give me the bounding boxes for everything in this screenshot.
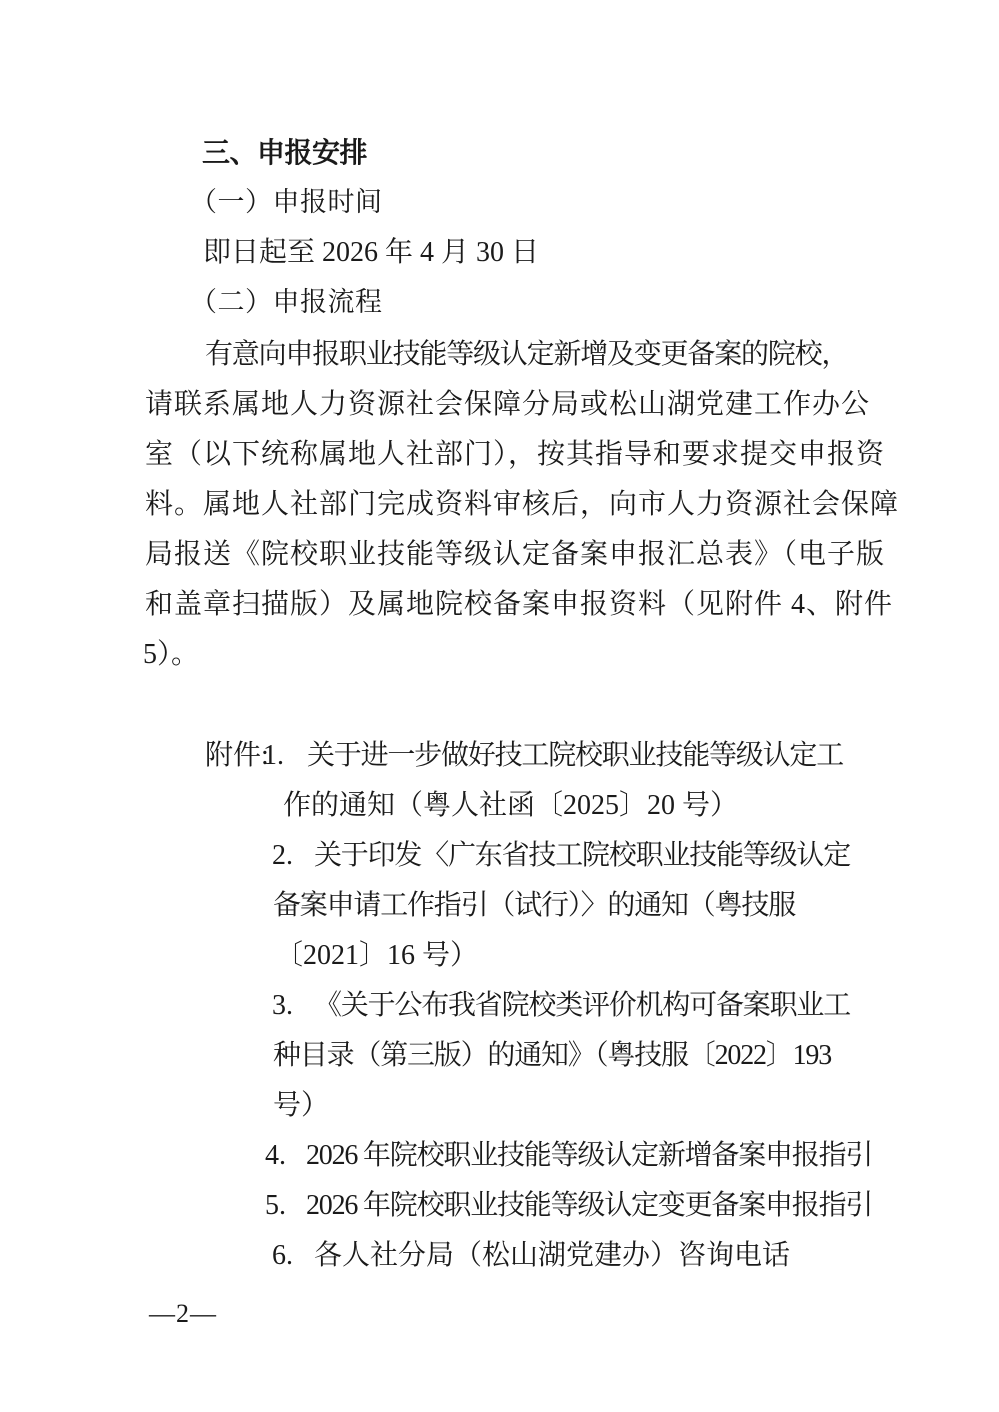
attachment-item-text: 关于进一步做好技工院校职业技能等级认定工 — [307, 740, 843, 771]
attachment-item-text: 关于印发〈广东省技工院校职业技能等级认定 — [314, 840, 850, 871]
attachment-line: 1.关于进一步做好技工院校职业技能等级认定工 — [263, 742, 843, 770]
attachment-line: 备案申请工作指引（试行）〉的通知（粤技服 — [273, 892, 795, 920]
subsection-heading-1: （一）申报时间 — [190, 189, 383, 216]
attachment-item-text: 2026 年院校职业技能等级认定变更备案申报指引 — [306, 1190, 872, 1221]
attachment-line: 号） — [273, 1092, 329, 1120]
date-line: 即日起至 2026 年 4 月 30 日 — [203, 239, 539, 267]
attachment-line: 6.各人社分局（松山湖党建办）咨询电话 — [272, 1242, 790, 1270]
attachment-item-number: 1. — [263, 742, 307, 770]
attachment-line: 〔2021〕16 号） — [275, 942, 478, 970]
attachment-item-number: 2. — [272, 842, 314, 870]
paragraph-line: 有意向申报职业技能等级认定新增及变更备案的院校， — [205, 341, 848, 369]
attachment-line: 5.2026 年院校职业技能等级认定变更备案申报指引 — [265, 1192, 872, 1220]
attachment-item-text: 《关于公布我省院校类评价机构可备案职业工 — [314, 990, 850, 1021]
attachment-item-number: 5. — [265, 1192, 306, 1220]
attachment-item-number: 3. — [272, 992, 314, 1020]
paragraph-line: 局报送《院校职业技能等级认定备案申报汇总表》（电子版 — [145, 541, 885, 569]
attachment-item-number: 4. — [265, 1142, 306, 1170]
paragraph-line: 请联系属地人力资源社会保障分局或松山湖党建工作办公 — [145, 391, 870, 419]
attachment-item-number: 6. — [272, 1242, 314, 1270]
attachment-line: 作的通知（粤人社函〔2025〕20 号） — [283, 792, 738, 820]
attachments-label: 附件: — [205, 742, 269, 770]
document-page: 三、申报安排 （一）申报时间 即日起至 2026 年 4 月 30 日 （二）申… — [0, 0, 999, 1412]
attachment-line: 3.《关于公布我省院校类评价机构可备案职业工 — [272, 992, 850, 1020]
paragraph-line: 和盖章扫描版）及属地院校备案申报资料（见附件 4、附件 — [145, 591, 893, 619]
attachment-line: 4.2026 年院校职业技能等级认定新增备案申报指引 — [265, 1142, 872, 1170]
paragraph-line: 5）。 — [143, 641, 199, 669]
attachment-item-text: 2026 年院校职业技能等级认定新增备案申报指引 — [306, 1140, 872, 1171]
attachment-line: 种目录（第三版）的通知》（粤技服〔2022〕193 — [273, 1042, 831, 1070]
paragraph-line: 料。属地人社部门完成资料审核后，向市人力资源社会保障 — [145, 491, 899, 519]
page-number: —2— — [149, 1301, 217, 1327]
paragraph-line: 室（以下统称属地人社部门），按其指导和要求提交申报资 — [145, 441, 885, 469]
attachment-item-text: 各人社分局（松山湖党建办）咨询电话 — [314, 1240, 790, 1271]
section-heading: 三、申报安排 — [202, 139, 367, 167]
subsection-heading-2: （二）申报流程 — [190, 289, 383, 316]
attachment-line: 2.关于印发〈广东省技工院校职业技能等级认定 — [272, 842, 850, 870]
